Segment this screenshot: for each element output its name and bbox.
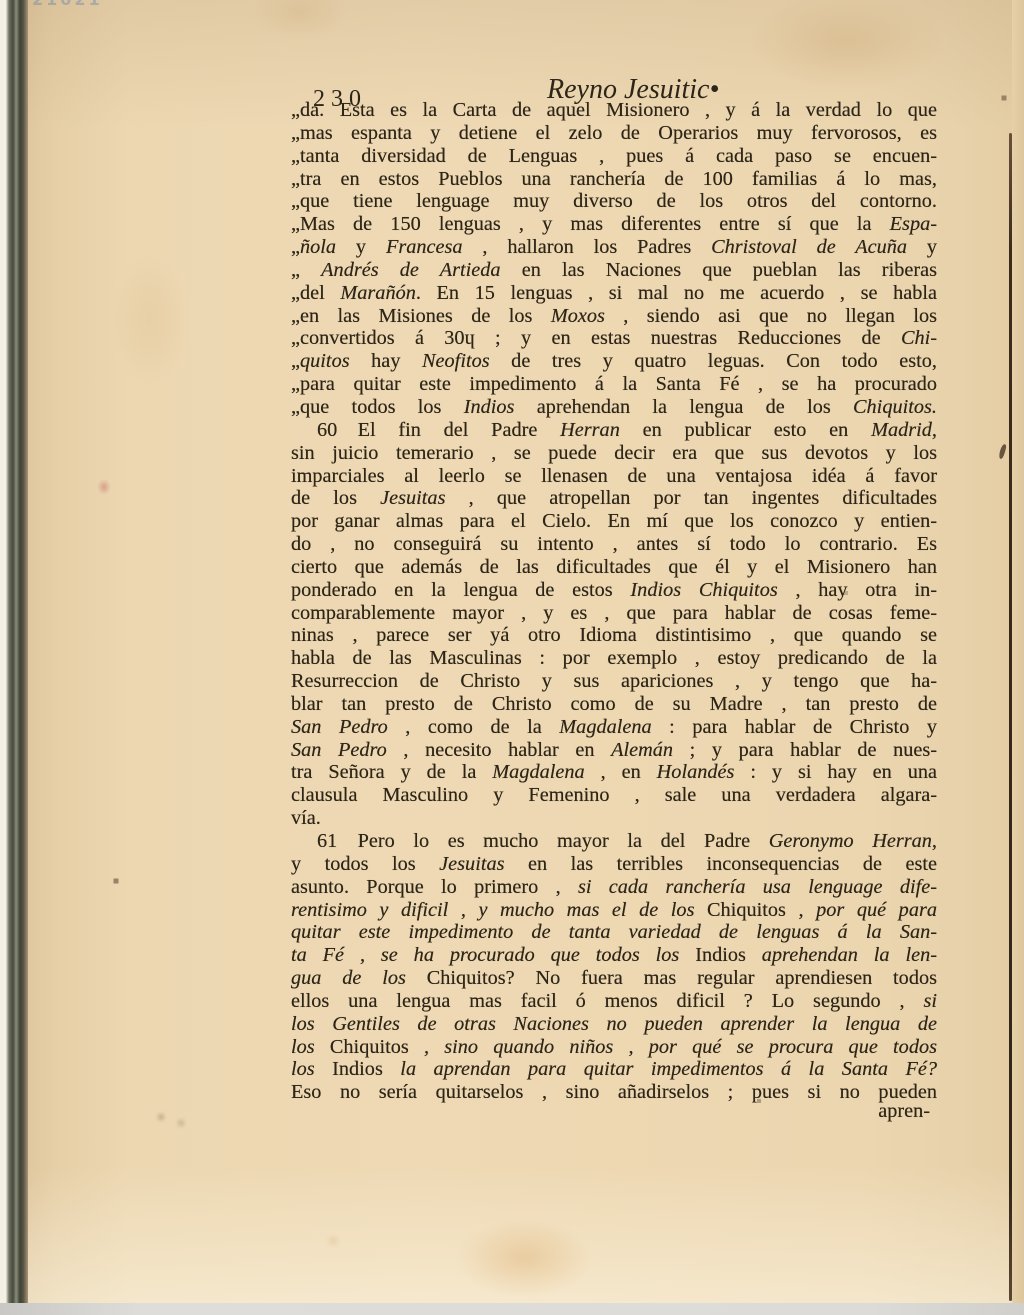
text-line: ponderado en la lengua de estos Indios C… <box>291 579 937 602</box>
text-segment-italic: Jesuitas <box>439 853 504 875</box>
text-segment: , en <box>585 761 657 783</box>
text-line: clausula Masculino y Femenino , sale una… <box>291 784 937 807</box>
text-segment-italic: Neofitos <box>422 350 490 372</box>
text-segment: „Mas de 150 lenguas , y mas diferentes e… <box>291 213 890 235</box>
text-line: „ Andrés de Artieda en las Naciones que … <box>291 259 937 282</box>
text-segment: tra Señora y de la <box>291 761 492 783</box>
text-segment: Eso no sería quitarselos , sino añadirse… <box>291 1081 937 1103</box>
text-segment-italic: Christoval de Acuña <box>711 236 907 258</box>
text-segment: „tanta diversidad de Lenguas , pues á ca… <box>291 145 937 167</box>
text-segment: aprehendan la lengua de los <box>514 396 853 418</box>
text-segment-italic: Alemán <box>611 739 673 761</box>
text-segment: Indios <box>332 1058 383 1080</box>
text-line: do , no conseguirá su intento , antes sí… <box>291 533 937 556</box>
text-line: y todos los Jesuitas en las terribles in… <box>291 853 937 876</box>
text-segment: „ <box>291 350 300 372</box>
text-segment: : para hablar de Christo y <box>652 716 937 738</box>
text-segment-italic: , por qué para <box>786 899 937 921</box>
text-segment-italic: Indios Chiquitos <box>630 579 777 601</box>
text-segment-italic: Espa- <box>890 213 937 235</box>
book-page-scan: 21021 230 Reyno Jesuitic• „da. Esta es l… <box>0 0 1024 1315</box>
text-segment: clausula Masculino y Femenino , sale una… <box>291 784 937 806</box>
text-segment: Resurreccion de Christo y sus aparicione… <box>291 670 937 692</box>
text-segment: . En 15 lenguas , si mal no me acuerdo ,… <box>416 282 937 304</box>
text-segment-italic: aprehendan la len- <box>746 944 937 966</box>
text-line: cierto que además de las dificultades qu… <box>291 556 937 579</box>
text-segment: „da. Esta es la Carta de aquel Misionero… <box>291 99 937 121</box>
edge-inscription: 21021 <box>32 0 103 8</box>
text-segment-italic: la aprendan para quitar impedimentos á l… <box>383 1058 937 1080</box>
text-segment-italic: ñola <box>300 236 336 258</box>
text-line: habla de las Masculinas : por exemplo , … <box>291 647 937 670</box>
text-line: „convertidos á 30ɥ ; y en estas nuestras… <box>291 327 937 350</box>
catchword: apren- <box>878 1100 930 1123</box>
text-line: „del Marañón. En 15 lenguas , si mal no … <box>291 282 937 305</box>
text-segment: „que todos los <box>291 396 464 418</box>
text-line: gua de los Chiquitos? No fuera mas regul… <box>291 967 937 990</box>
text-segment-italic: Andrés de Artieda <box>321 259 500 281</box>
text-line: vía. <box>291 807 937 830</box>
text-segment: Chiquitos? No fuera mas regular aprendie… <box>427 967 937 989</box>
text-segment: „en las Misiones de los <box>291 305 551 327</box>
text-segment-italic: Herran <box>560 419 620 441</box>
text-line: Eso no sería quitarselos , sino añadirse… <box>291 1081 937 1104</box>
text-line: „Mas de 150 lenguas , y mas diferentes e… <box>291 213 937 236</box>
text-segment: asunto. Porque lo primero , <box>291 876 578 898</box>
text-segment-italic: si cada ranchería usa lenguage dife- <box>578 876 937 898</box>
text-segment-italic: Geronymo Herran, <box>769 830 937 852</box>
ink-hook-mark <box>998 444 1007 460</box>
text-segment: de tres y quatro leguas. Con todo esto, <box>490 350 937 372</box>
text-segment: ellos una lengua mas facil ó menos dific… <box>291 990 923 1012</box>
text-segment: Chiquitos <box>707 899 786 921</box>
text-segment: y <box>907 236 937 258</box>
text-line: ta Fé , se ha procurado que todos los In… <box>291 944 937 967</box>
text-segment-italic: San Pedro <box>291 716 388 738</box>
text-segment-italic: ta Fé , se ha procurado que todos los <box>291 944 695 966</box>
text-segment: y <box>336 236 386 258</box>
text-segment-italic: Madrid, <box>871 419 937 441</box>
text-segment-italic: rentisimo y dificil , y mucho mas el de … <box>291 899 707 921</box>
text-segment: de los <box>291 487 380 509</box>
text-line: „tra en estos Pueblos una ranchería de 1… <box>291 168 937 191</box>
text-segment: Chiquitos <box>330 1036 409 1058</box>
text-segment-italic: Magdalena <box>559 716 651 738</box>
text-line: ellos una lengua mas facil ó menos dific… <box>291 990 937 1013</box>
text-segment-italic: gua de los <box>291 967 427 989</box>
text-line: „en las Misiones de los Moxos , siendo a… <box>291 305 937 328</box>
text-segment: , como de la <box>388 716 560 738</box>
text-line: San Pedro , como de la Magdalena : para … <box>291 716 937 739</box>
text-segment: comparablemente mayor , y es , que para … <box>291 602 937 624</box>
text-segment-italic: San Pedro <box>291 739 387 761</box>
text-line: „da. Esta es la Carta de aquel Misionero… <box>291 99 937 122</box>
text-segment: „para quitar este impedimento á la Santa… <box>291 373 937 395</box>
text-segment-italic: Chiquitos. <box>853 396 937 418</box>
text-segment: por ganar almas para el Cielo. En mí que… <box>291 510 937 532</box>
text-line: comparablemente mayor , y es , que para … <box>291 602 937 625</box>
text-segment: , hallaron los Padres <box>463 236 712 258</box>
text-line: blar tan presto de Christo como de su Ma… <box>291 693 937 716</box>
text-segment: , que atropellan por tan ingentes dificu… <box>445 487 937 509</box>
next-page-edge <box>1012 0 1024 1315</box>
text-segment: „ <box>291 259 321 281</box>
text-line: „mas espanta y detiene el zelo de Operar… <box>291 122 937 145</box>
text-line: sin juicio temerario , se puede decir er… <box>291 442 937 465</box>
text-segment: sin juicio temerario , se puede decir er… <box>291 442 937 464</box>
text-line: quitar este impedimento de tanta varieda… <box>291 921 937 944</box>
text-segment-italic: los <box>291 1036 330 1058</box>
text-segment: : y si hay en una <box>734 761 937 783</box>
text-segment: „convertidos á 30ɥ ; y en estas nuestras… <box>291 327 901 349</box>
text-segment: habla de las Masculinas : por exemplo , … <box>291 647 937 669</box>
text-line: los Gentiles de otras Naciones no pueden… <box>291 1013 937 1036</box>
text-segment: blar tan presto de Christo como de su Ma… <box>291 693 937 715</box>
text-segment: y todos los <box>291 853 439 875</box>
text-segment-italic: Moxos <box>551 305 605 327</box>
text-segment: Indios <box>695 944 746 966</box>
text-segment-italic: Marañón <box>340 282 416 304</box>
text-line: „para quitar este impedimento á la Santa… <box>291 373 937 396</box>
text-line: „que todos los Indios aprehendan la leng… <box>291 396 937 419</box>
text-segment: „del <box>291 282 340 304</box>
text-segment-italic: los <box>291 1058 332 1080</box>
text-line: „ñola y Francesa , hallaron los Padres C… <box>291 236 937 259</box>
text-segment-italic: Chi- <box>901 327 937 349</box>
text-segment: „tra en estos Pueblos una ranchería de 1… <box>291 168 937 190</box>
text-segment: imparciales al leerlo se llenasen de una… <box>291 465 937 487</box>
text-segment: en publicar esto en <box>620 419 871 441</box>
text-line: „que tiene lenguage muy diverso de los o… <box>291 190 937 213</box>
text-line: tra Señora y de la Magdalena , en Holand… <box>291 761 937 784</box>
text-segment: ; y para hablar de nues- <box>673 739 937 761</box>
text-segment: hay <box>350 350 422 372</box>
text-line: imparciales al leerlo se llenasen de una… <box>291 465 937 488</box>
scan-bottom-edge <box>0 1303 1024 1315</box>
text-segment: „mas espanta y detiene el zelo de Operar… <box>291 122 937 144</box>
text-segment-italic: quitos <box>300 350 350 372</box>
text-line: 61 Pero lo es mucho mayor la del Padre G… <box>291 830 937 853</box>
text-line: los Indios la aprendan para quitar imped… <box>291 1058 937 1081</box>
text-segment: cierto que además de las dificultades qu… <box>291 556 937 578</box>
text-segment: , hay otra in- <box>778 579 937 601</box>
text-segment-italic: si <box>923 990 937 1012</box>
book-binding-shadow <box>6 0 28 1315</box>
text-segment-italic: los Gentiles de otras Naciones no pueden… <box>291 1013 937 1035</box>
text-segment-italic: , sino quando niños , por qué se procura… <box>409 1036 937 1058</box>
text-segment: „que tiene lenguage muy diverso de los o… <box>291 190 937 212</box>
text-segment: ponderado en la lengua de estos <box>291 579 630 601</box>
text-line: asunto. Porque lo primero , si cada ranc… <box>291 876 937 899</box>
text-line: ninas , parece ser yá otro Idioma distin… <box>291 624 937 647</box>
text-segment: en las Naciones que pueblan las riberas <box>501 259 937 281</box>
text-line: „quitos hay Neofitos de tres y quatro le… <box>291 350 937 373</box>
paper-specks <box>0 0 2 2</box>
page-text-block: „da. Esta es la Carta de aquel Misionero… <box>291 99 937 1104</box>
text-line: los Chiquitos , sino quando niños , por … <box>291 1036 937 1059</box>
text-segment: vía. <box>291 807 321 829</box>
text-segment: ninas , parece ser yá otro Idioma distin… <box>291 624 937 646</box>
text-line: Resurreccion de Christo y sus aparicione… <box>291 670 937 693</box>
text-line: San Pedro , necesito hablar en Alemán ; … <box>291 739 937 762</box>
text-segment-italic: Indios <box>464 396 515 418</box>
text-segment-italic: Francesa <box>386 236 463 258</box>
text-segment: , siendo asi que no llegan los <box>605 305 937 327</box>
text-segment-italic: Holandés <box>657 761 735 783</box>
text-segment-italic: Magdalena <box>492 761 584 783</box>
text-line: 60 El fin del Padre Herran en publicar e… <box>291 419 937 442</box>
text-segment: 61 Pero lo es mucho mayor la del Padre <box>317 830 769 852</box>
text-segment-italic: Jesuitas <box>380 487 445 509</box>
text-segment: en las terribles inconsequencias de este <box>505 853 938 875</box>
text-segment: 60 El fin del Padre <box>317 419 560 441</box>
text-line: por ganar almas para el Cielo. En mí que… <box>291 510 937 533</box>
text-segment: „ <box>291 236 300 258</box>
text-line: rentisimo y dificil , y mucho mas el de … <box>291 899 937 922</box>
text-segment-italic: quitar este impedimento de tanta varieda… <box>291 921 937 943</box>
text-segment: do , no conseguirá su intento , antes sí… <box>291 533 937 555</box>
text-line: de los Jesuitas , que atropellan por tan… <box>291 487 937 510</box>
text-line: „tanta diversidad de Lenguas , pues á ca… <box>291 145 937 168</box>
text-segment: , necesito hablar en <box>387 739 611 761</box>
